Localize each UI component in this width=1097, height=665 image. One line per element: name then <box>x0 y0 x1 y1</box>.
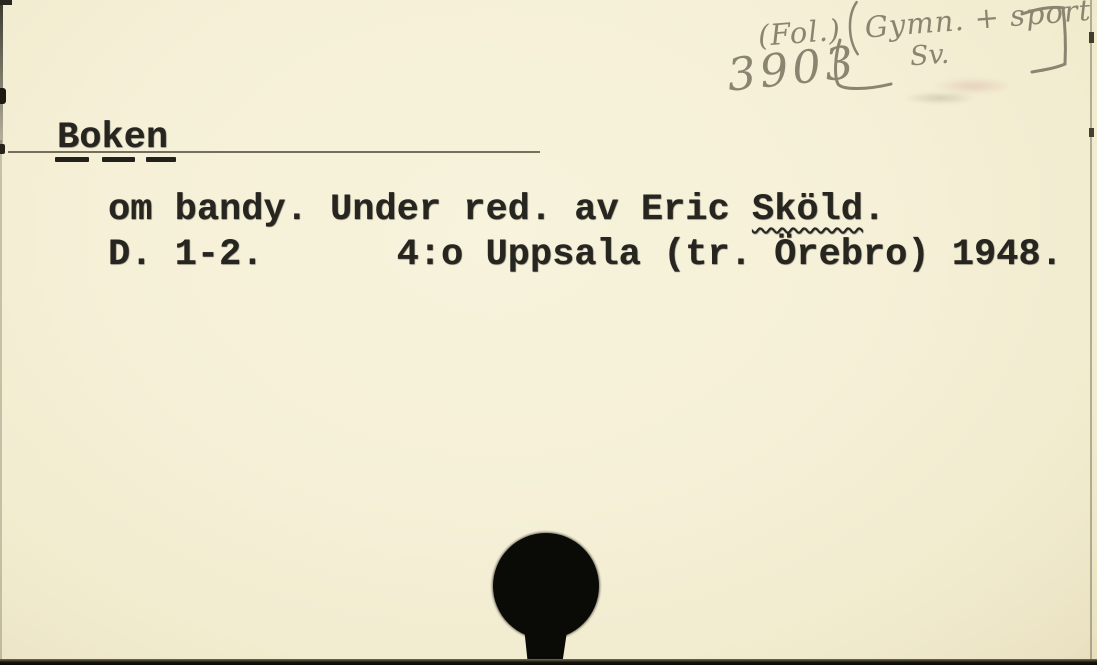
body-line1-period: . <box>863 189 885 231</box>
catalog-card: (Fol.) Gymn. + sport Sv. 3903 Boken om b… <box>0 0 1097 665</box>
edge-mark <box>1089 32 1094 43</box>
card-right-edge <box>1090 0 1092 665</box>
card-left-edge-faint <box>0 140 2 665</box>
ruled-line <box>8 151 540 153</box>
edge-mark <box>1089 128 1094 137</box>
card-bottom-edge <box>0 659 1097 665</box>
edge-mark <box>0 144 5 154</box>
body-line1-text: om bandy. Under red. av Eric <box>108 189 752 231</box>
body-line-2: D. 1-2. 4:o Uppsala (tr. Örebro) 1948. <box>108 237 1063 274</box>
underline-dash <box>146 157 176 162</box>
language-note: Sv. <box>909 39 950 73</box>
pencil-smudge <box>905 92 975 104</box>
card-left-edge <box>0 0 3 150</box>
pencil-closing-bracket-icon <box>1018 2 1078 76</box>
punch-hole-stem <box>521 618 571 665</box>
pencil-corner-bracket-icon <box>833 38 897 94</box>
underline-dash <box>55 157 89 162</box>
body-line-1: om bandy. Under red. av Eric Sköld. <box>108 192 885 229</box>
underline-dash <box>102 157 135 162</box>
edge-mark <box>0 0 12 5</box>
edge-mark <box>0 88 6 104</box>
emphasized-name: Sköld <box>752 189 863 231</box>
